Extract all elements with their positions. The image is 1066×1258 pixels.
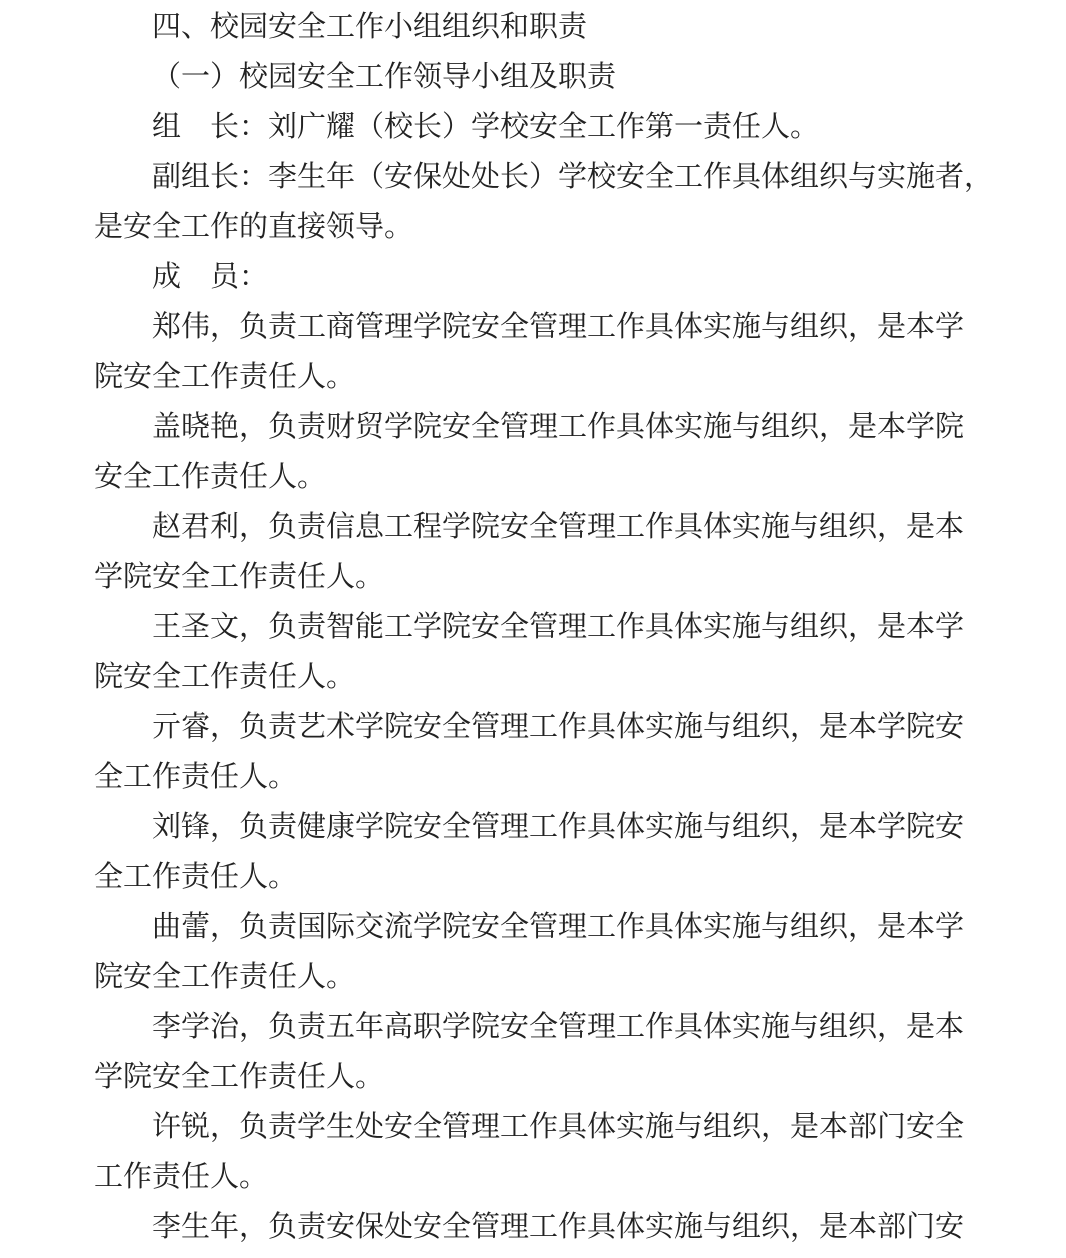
member-line: 许锐，负责学生处安全管理工作具体实施与组织，是本部门安全 (94, 1102, 966, 1152)
member-line: 院安全工作责任人。 (94, 952, 966, 1002)
member-line: 赵君利，负责信息工程学院安全管理工作具体实施与组织，是本 (94, 502, 966, 552)
member-line: 全工作责任人。 (94, 752, 966, 802)
member-line: 李生年，负责安保处安全管理工作具体实施与组织，是本部门安 (94, 1202, 966, 1252)
members-label: 成 员： (94, 252, 966, 302)
member-line: 学院安全工作责任人。 (94, 1052, 966, 1102)
deputy-leader-line-2: 是安全工作的直接领导。 (94, 202, 966, 252)
member-line: 院安全工作责任人。 (94, 652, 966, 702)
member-line: 学院安全工作责任人。 (94, 552, 966, 602)
member-line: 工作责任人。 (94, 1152, 966, 1202)
member-line: 亓睿，负责艺术学院安全管理工作具体实施与组织，是本学院安 (94, 702, 966, 752)
member-line: 郑伟，负责工商管理学院安全管理工作具体实施与组织，是本学 (94, 302, 966, 352)
member-line: 刘锋，负责健康学院安全管理工作具体实施与组织，是本学院安 (94, 802, 966, 852)
member-line: 盖晓艳，负责财贸学院安全管理工作具体实施与组织，是本学院 (94, 402, 966, 452)
section-heading: 四、校园安全工作小组组织和职责 (94, 2, 966, 52)
member-line: 王圣文，负责智能工学院安全管理工作具体实施与组织，是本学 (94, 602, 966, 652)
member-line: 安全工作责任人。 (94, 452, 966, 502)
document-page: 四、校园安全工作小组组织和职责 （一）校园安全工作领导小组及职责 组 长：刘广耀… (0, 0, 1066, 1258)
leader-line: 组 长：刘广耀（校长）学校安全工作第一责任人。 (94, 102, 966, 152)
member-line: 李学治，负责五年高职学院安全管理工作具体实施与组织，是本 (94, 1002, 966, 1052)
member-line: 曲蕾，负责国际交流学院安全管理工作具体实施与组织，是本学 (94, 902, 966, 952)
deputy-leader-line: 副组长：李生年（安保处处长）学校安全工作具体组织与实施者， (94, 152, 966, 202)
member-line: 全工作责任人。 (94, 852, 966, 902)
document-background: { "page": { "background": "#ffffff", "te… (0, 0, 1066, 1258)
subsection-heading: （一）校园安全工作领导小组及职责 (94, 52, 966, 102)
member-line: 院安全工作责任人。 (94, 352, 966, 402)
